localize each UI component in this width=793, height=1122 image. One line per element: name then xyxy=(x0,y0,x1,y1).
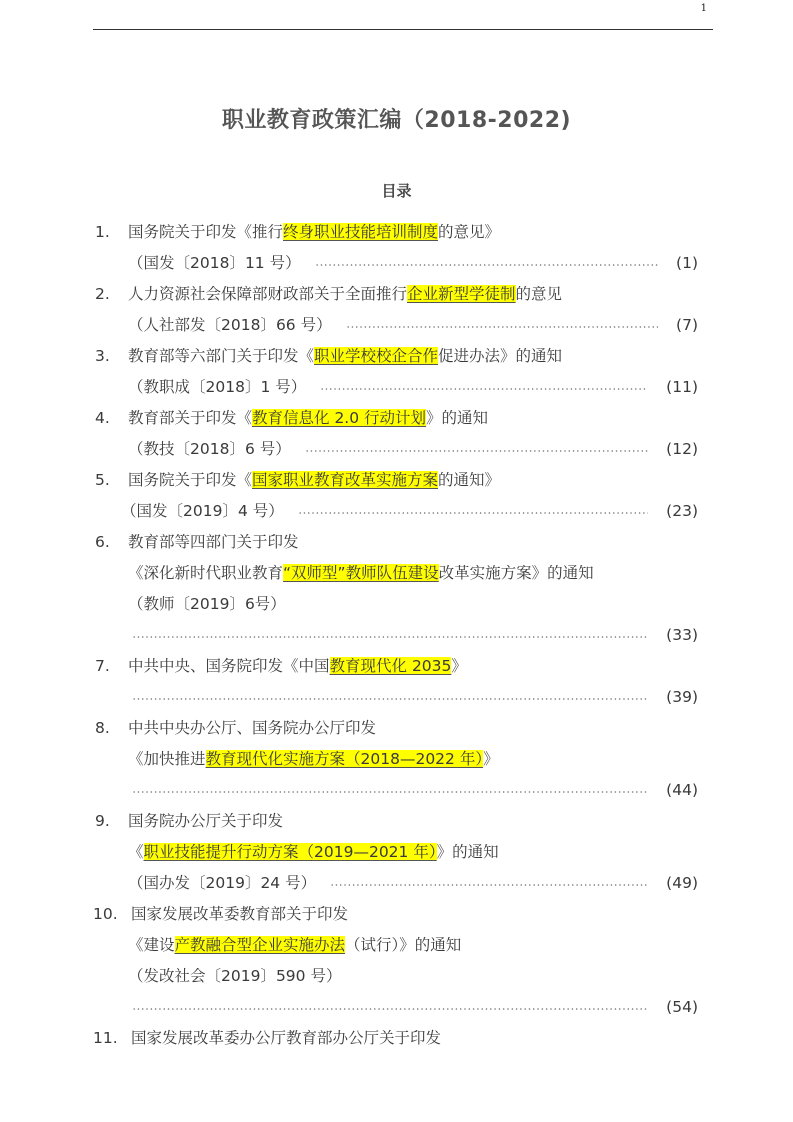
toc-entry-number: 7. xyxy=(95,652,110,680)
toc-text-segment: （教师〔2019〕6号） xyxy=(128,595,286,613)
toc-text-segment: （试行）》的通知 xyxy=(345,936,461,954)
highlighted-keyword: 教育现代化 2035 xyxy=(330,657,452,675)
toc-entry-text: 教育部等四部门关于印发 xyxy=(128,528,299,556)
toc-entry-line: （国发〔2019〕4 号）(23) xyxy=(0,497,793,525)
toc-text-segment: 改革实施方案》的通知 xyxy=(439,564,594,582)
toc-page-number[interactable]: (44) xyxy=(666,776,698,804)
toc-entry-number: 11. xyxy=(93,1024,118,1052)
toc-entry-text: 国务院关于印发《推行终身职业技能培训制度的意见》 xyxy=(128,218,500,246)
highlighted-keyword: 国家职业教育改革实施方案 xyxy=(252,471,438,489)
highlighted-keyword: 企业新型学徒制 xyxy=(407,285,516,303)
dot-leader xyxy=(132,636,648,638)
toc-entry-text: 中共中央、国务院印发《中国教育现代化 2035》 xyxy=(128,652,467,680)
toc-page-number[interactable]: (23) xyxy=(666,497,698,525)
toc-entry-line: （人社部发〔2018〕66 号）(7) xyxy=(0,311,793,339)
highlighted-keyword: 教育信息化 2.0 行动计划 xyxy=(252,409,426,427)
toc-entry-text: （国办发〔2019〕24 号） xyxy=(128,869,316,897)
toc-entry-line: （发改社会〔2019〕590 号） xyxy=(0,962,793,990)
toc-text-segment: 教育部等四部门关于印发 xyxy=(128,533,299,551)
toc-entry-text: 教育部关于印发《教育信息化 2.0 行动计划》的通知 xyxy=(128,404,488,432)
toc-text-segment: 的通知》 xyxy=(438,471,500,489)
toc-entry-line[interactable]: 4.教育部关于印发《教育信息化 2.0 行动计划》的通知 xyxy=(0,404,793,432)
toc-entry-text: 《职业技能提升行动方案（2019—2021 年）》的通知 xyxy=(128,838,499,866)
toc-entry-text: 《建设产教融合型企业实施办法（试行）》的通知 xyxy=(128,931,461,959)
toc-entry-line: (33) xyxy=(0,621,793,649)
toc-text-segment: 《建设 xyxy=(128,936,175,954)
dot-leader xyxy=(298,512,648,514)
header-rule xyxy=(93,29,713,30)
toc-text-segment: 促进办法》的通知 xyxy=(438,347,562,365)
highlighted-keyword: 职业学校校企合作 xyxy=(314,347,438,365)
dot-leader xyxy=(305,450,648,452)
toc-entry-line[interactable]: 10.国家发展改革委教育部关于印发 xyxy=(0,900,793,928)
toc-entry-number: 1. xyxy=(95,218,110,246)
toc-page-number[interactable]: (54) xyxy=(666,993,698,1021)
toc-entry-text: （教职成〔2018〕1 号） xyxy=(128,373,306,401)
toc-text-segment: 教育部等六部门关于印发《 xyxy=(128,347,314,365)
toc-text-segment: （国办发〔2019〕24 号） xyxy=(128,874,316,892)
toc-text-segment: 》的通知 xyxy=(437,843,499,861)
dot-leader xyxy=(346,326,658,328)
toc-entry-number: 2. xyxy=(95,280,110,308)
toc-entry-text: 国家发展改革委教育部关于印发 xyxy=(131,900,348,928)
toc-entry-line[interactable]: 2.人力资源社会保障部财政部关于全面推行企业新型学徒制的意见 xyxy=(0,280,793,308)
toc-text-segment: 国家发展改革委办公厅教育部办公厅关于印发 xyxy=(131,1029,441,1047)
toc-entry-number: 6. xyxy=(95,528,110,556)
toc-entry-text: （教技〔2018〕6 号） xyxy=(128,435,291,463)
toc-entry-number: 10. xyxy=(93,900,118,928)
toc-entry-line[interactable]: 6.教育部等四部门关于印发 xyxy=(0,528,793,556)
toc-text-segment: 《 xyxy=(128,843,144,861)
toc-text-segment: 中共中央、国务院印发《中国 xyxy=(128,657,330,675)
toc-text-segment: 国务院办公厅关于印发 xyxy=(128,812,283,830)
dot-leader xyxy=(315,264,658,266)
toc-entry-line[interactable]: 3.教育部等六部门关于印发《职业学校校企合作促进办法》的通知 xyxy=(0,342,793,370)
toc-entry-line: (54) xyxy=(0,993,793,1021)
highlighted-keyword: “双师型”教师队伍建设 xyxy=(283,564,439,582)
toc-heading: 目录 xyxy=(0,180,793,201)
toc-page-number[interactable]: (7) xyxy=(676,311,698,339)
toc-entry-text: （国发〔2019〕4 号） xyxy=(121,497,284,525)
dot-leader xyxy=(132,1008,648,1010)
toc-page-number[interactable]: (1) xyxy=(676,249,698,277)
toc-entry-line: (39) xyxy=(0,683,793,711)
toc-entry-line: （国发〔2018〕11 号）(1) xyxy=(0,249,793,277)
toc-entry-text: （人社部发〔2018〕66 号） xyxy=(128,311,332,339)
toc-text-segment: 《深化新时代职业教育 xyxy=(128,564,283,582)
toc-entry-text: 人力资源社会保障部财政部关于全面推行企业新型学徒制的意见 xyxy=(128,280,562,308)
toc-entry-line: 《建设产教融合型企业实施办法（试行）》的通知 xyxy=(0,931,793,959)
highlighted-keyword: 终身职业技能培训制度 xyxy=(283,223,438,241)
dot-leader xyxy=(330,884,648,886)
toc-entry-line: （教技〔2018〕6 号）(12) xyxy=(0,435,793,463)
toc-entry-line[interactable]: 11.国家发展改革委办公厅教育部办公厅关于印发 xyxy=(0,1024,793,1052)
toc-entry-number: 5. xyxy=(95,466,110,494)
toc-entry-text: 《深化新时代职业教育“双师型”教师队伍建设改革实施方案》的通知 xyxy=(128,559,594,587)
toc-page-number[interactable]: (49) xyxy=(666,869,698,897)
toc-entry-text: （发改社会〔2019〕590 号） xyxy=(128,962,341,990)
toc-text-segment: （教技〔2018〕6 号） xyxy=(128,440,291,458)
toc-entry-line[interactable]: 5.国务院关于印发《国家职业教育改革实施方案的通知》 xyxy=(0,466,793,494)
highlighted-keyword: 产教融合型企业实施办法 xyxy=(175,936,346,954)
toc-text-segment: 的意见 xyxy=(516,285,563,303)
toc-text-segment: 教育部关于印发《 xyxy=(128,409,252,427)
toc-text-segment: （国发〔2019〕4 号） xyxy=(121,502,284,520)
toc-entry-line: 《加快推进教育现代化实施方案（2018—2022 年）》 xyxy=(0,745,793,773)
toc-entry-text: 国务院关于印发《国家职业教育改革实施方案的通知》 xyxy=(128,466,500,494)
toc-text-segment: 》的通知 xyxy=(426,409,488,427)
toc-entry-line: (44) xyxy=(0,776,793,804)
toc-page-number[interactable]: (39) xyxy=(666,683,698,711)
dot-leader xyxy=(132,698,648,700)
toc-entry-line: 《职业技能提升行动方案（2019—2021 年）》的通知 xyxy=(0,838,793,866)
toc-entry-line: （教师〔2019〕6号） xyxy=(0,590,793,618)
toc-text-segment: 的意见》 xyxy=(438,223,500,241)
document-title: 职业教育政策汇编（2018-2022) xyxy=(0,103,793,134)
toc-page-number[interactable]: (12) xyxy=(666,435,698,463)
toc-text-segment: 国家发展改革委教育部关于印发 xyxy=(131,905,348,923)
toc-text-segment: 国务院关于印发《推行 xyxy=(128,223,283,241)
toc-text-segment: 中共中央办公厅、国务院办公厅印发 xyxy=(128,719,376,737)
toc-page-number[interactable]: (11) xyxy=(666,373,698,401)
toc-entry-text: 国家发展改革委办公厅教育部办公厅关于印发 xyxy=(131,1024,441,1052)
toc-text-segment: 》 xyxy=(451,657,467,675)
toc-entry-line: 《深化新时代职业教育“双师型”教师队伍建设改革实施方案》的通知 xyxy=(0,559,793,587)
toc-entry-line: （国办发〔2019〕24 号）(49) xyxy=(0,869,793,897)
toc-page-number[interactable]: (33) xyxy=(666,621,698,649)
toc-text-segment: 》 xyxy=(483,750,499,768)
toc-text-segment: （教职成〔2018〕1 号） xyxy=(128,378,306,396)
toc-entry-line[interactable]: 1.国务院关于印发《推行终身职业技能培训制度的意见》 xyxy=(0,218,793,246)
toc-text-segment: 国务院关于印发《 xyxy=(128,471,252,489)
toc-entry-line: （教职成〔2018〕1 号）(11) xyxy=(0,373,793,401)
highlighted-keyword: 职业技能提升行动方案（2019—2021 年） xyxy=(144,843,437,861)
toc-entry-text: 国务院办公厅关于印发 xyxy=(128,807,283,835)
toc-entry-text: （教师〔2019〕6号） xyxy=(128,590,286,618)
highlighted-keyword: 教育现代化实施方案（2018—2022 年） xyxy=(206,750,484,768)
toc-text-segment: 《加快推进 xyxy=(128,750,206,768)
toc-entry-number: 8. xyxy=(95,714,110,742)
toc-entry-text: 《加快推进教育现代化实施方案（2018—2022 年）》 xyxy=(128,745,499,773)
toc-text-segment: 人力资源社会保障部财政部关于全面推行 xyxy=(128,285,407,303)
toc-entry-line[interactable]: 9.国务院办公厅关于印发 xyxy=(0,807,793,835)
page-number: 1 xyxy=(701,3,707,14)
dot-leader xyxy=(320,388,648,390)
toc-text-segment: （国发〔2018〕11 号） xyxy=(128,254,301,272)
toc-entry-number: 3. xyxy=(95,342,110,370)
toc-entry-text: （国发〔2018〕11 号） xyxy=(128,249,301,277)
toc-text-segment: （发改社会〔2019〕590 号） xyxy=(128,967,341,985)
toc-entry-line[interactable]: 8.中共中央办公厅、国务院办公厅印发 xyxy=(0,714,793,742)
toc-entry-text: 教育部等六部门关于印发《职业学校校企合作促进办法》的通知 xyxy=(128,342,562,370)
toc-entry-line[interactable]: 7.中共中央、国务院印发《中国教育现代化 2035》 xyxy=(0,652,793,680)
toc-text-segment: （人社部发〔2018〕66 号） xyxy=(128,316,332,334)
dot-leader xyxy=(132,791,648,793)
toc-entry-text: 中共中央办公厅、国务院办公厅印发 xyxy=(128,714,376,742)
toc-entry-number: 4. xyxy=(95,404,110,432)
toc-entry-number: 9. xyxy=(95,807,110,835)
